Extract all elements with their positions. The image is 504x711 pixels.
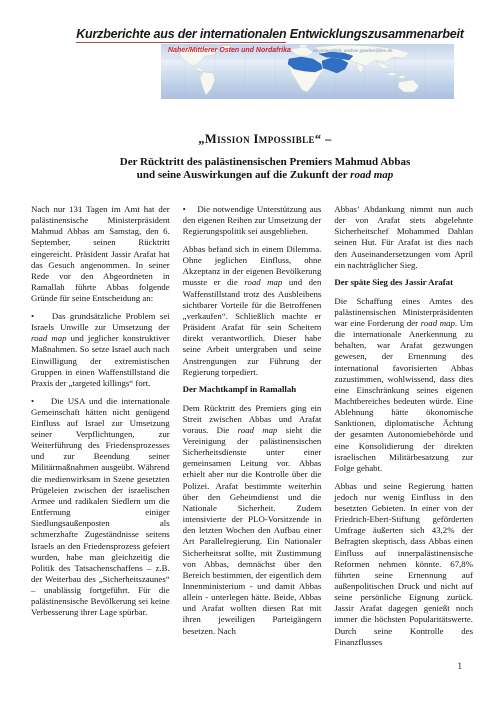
series-title: Kurzberichte aus der internationalen Ent…	[0, 0, 504, 41]
column-3: Abbas’ Abdankung nimmt nun auch der von …	[334, 204, 473, 654]
body-columns: Nach nur 131 Tagen im Amt hat der paläst…	[0, 204, 504, 654]
document-page: Kurzberichte aus der internationalen Ent…	[0, 0, 504, 711]
paragraph: Abbas’ Abdankung nimmt nun auch der von …	[334, 204, 473, 271]
subtitle-line-2-text: und seine Auswirkungen auf die Zukunft d…	[137, 169, 350, 181]
section-heading: Der Machtkampf in Ramallah	[183, 384, 322, 395]
region-label: Naher/Mittlerer Osten und Nordafrika	[168, 47, 291, 54]
subtitle-line-1: Der Rücktritt des palästinensischen Prem…	[26, 156, 504, 169]
responsible-note: verantwortlich: andrae gaerber@fes.de	[313, 48, 392, 53]
section-heading: Der späte Sieg des Jassir Arafat	[334, 277, 473, 288]
bullet-item: Das grundsätzliche Problem sei Israels U…	[31, 311, 170, 389]
bullet-item: Die USA und die internationale Gemeinsch…	[31, 396, 170, 619]
paragraph: Nach nur 131 Tagen im Amt hat der paläst…	[31, 204, 170, 304]
main-title: „Mission Impossible“ –	[26, 132, 504, 147]
page-number: 1	[458, 661, 463, 671]
column-2: Die notwendige Unterstützung aus den eig…	[183, 204, 322, 654]
subtitle-road-map-italic: road map	[350, 169, 393, 181]
series-title-underlined: Kurzberichte aus der internationalen	[76, 27, 286, 43]
document-title-block: „Mission Impossible“ – Der Rücktritt des…	[0, 132, 504, 182]
series-title-rest: Entwicklungszusammenarbeit	[286, 27, 463, 41]
paragraph: Abbas und seine Regierung hatten jedoch …	[334, 481, 473, 648]
region-banner: Naher/Mittlerer Osten und Nordafrika ver…	[161, 44, 454, 99]
paragraph: Die Schaffung eines Amtes des palästinen…	[334, 296, 473, 475]
bullet-item: Die notwendige Unterstützung aus den eig…	[183, 204, 322, 237]
subtitle-line-2: und seine Auswirkungen auf die Zukunft d…	[26, 169, 504, 182]
paragraph: Abbas befand sich in einem Dilemma. Ohne…	[183, 244, 322, 378]
column-1: Nach nur 131 Tagen im Amt hat der paläst…	[31, 204, 170, 654]
paragraph: Dem Rücktritt des Premiers ging ein Stre…	[183, 403, 322, 637]
